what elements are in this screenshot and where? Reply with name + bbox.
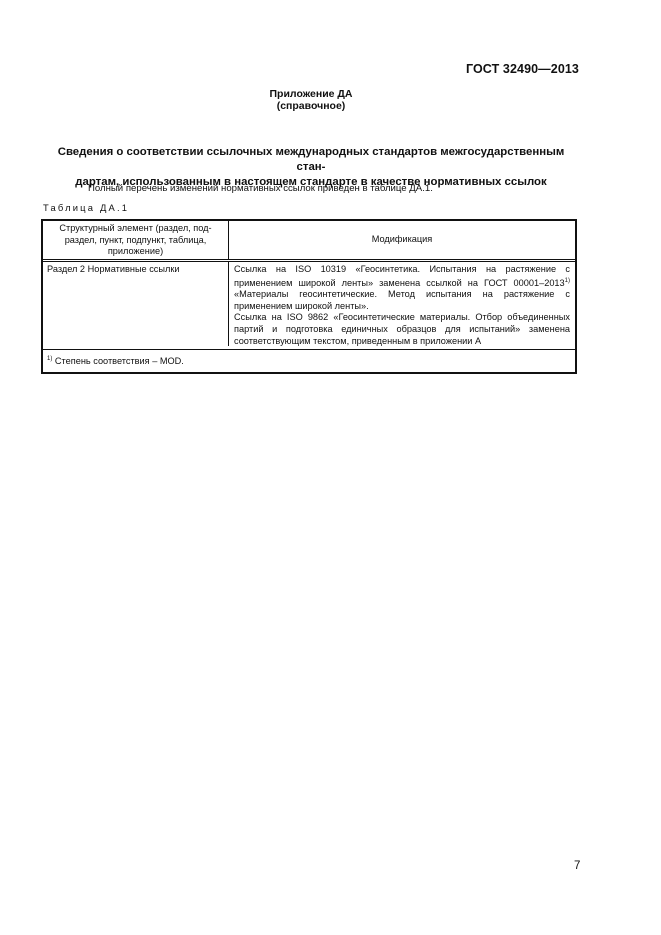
annex-title-block: Приложение ДА (справочное) (0, 88, 622, 112)
annex-title: Приложение ДА (0, 88, 622, 100)
modification-text-1: Ссылка на ISO 10319 «Геосинтетика. Испыт… (234, 264, 570, 288)
annex-subtitle: (справочное) (0, 100, 622, 112)
table-caption: Таблица ДА.1 (43, 202, 129, 213)
modification-text-2: «Материалы геосинтетические. Метод испыт… (234, 289, 570, 311)
column-header-element: Структурный элемент (раздел, под-раздел,… (43, 221, 229, 259)
column-header-modification-label: Модификация (372, 234, 433, 246)
intro-paragraph: Полный перечень изменений нормативных сс… (88, 183, 433, 194)
cell-modification: Ссылка на ISO 10319 «Геосинтетика. Испыт… (229, 262, 575, 349)
footnote-text: Степень соответствия – MOD. (52, 356, 184, 366)
page-number: 7 (574, 860, 580, 872)
modification-paragraph-2: Ссылка на ISO 9862 «Геосинтетические мат… (234, 312, 570, 347)
column-header-modification: Модификация (229, 221, 575, 259)
cell-element: Раздел 2 Нормативные ссылки (43, 262, 229, 346)
footnote-reference: 1) (565, 278, 570, 284)
modification-paragraph-1: Ссылка на ISO 10319 «Геосинтетика. Испыт… (234, 264, 570, 312)
document-code: ГОСТ 32490—2013 (466, 62, 579, 76)
table-header-row: Структурный элемент (раздел, под-раздел,… (43, 221, 575, 262)
references-table: Структурный элемент (раздел, под-раздел,… (41, 219, 577, 374)
table-footnote-row: 1) Степень соответствия – MOD. (43, 350, 575, 372)
table-row: Раздел 2 Нормативные ссылки Ссылка на IS… (43, 262, 575, 350)
section-heading-line-1: Сведения о соответствии ссылочных междун… (46, 145, 576, 175)
